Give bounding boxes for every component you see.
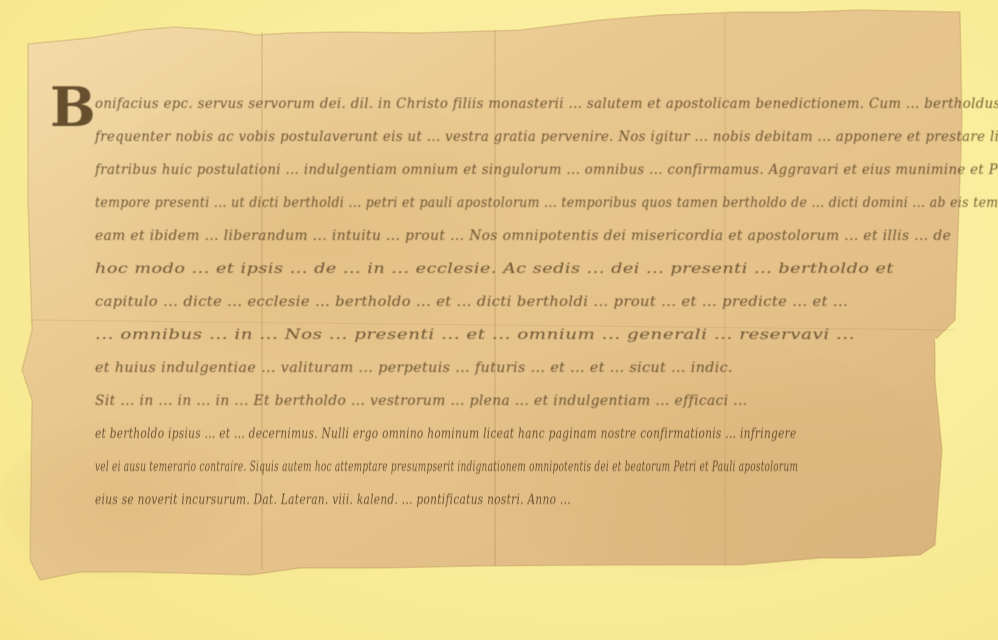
text-line-4: tempore presenti ... ut dicti bertholdi …	[95, 195, 998, 211]
text-line-2: frequenter nobis ac vobis postulaverunt …	[95, 129, 998, 145]
charter-text: onifacius epc. servus servorum dei. dil.…	[0, 0, 998, 640]
text-line-13: eius se noverit incursurum. Dat. Lateran…	[95, 492, 571, 508]
text-line-12: vel ei ausu temerario contraire. Siquis …	[95, 459, 798, 475]
text-line-8: ... omnibus ... in ... Nos ... presenti …	[95, 327, 855, 343]
text-line-1: onifacius epc. servus servorum dei. dil.…	[95, 96, 998, 112]
text-line-5: eam et ibidem ... liberandum ... intuitu…	[95, 228, 951, 244]
text-line-6: hoc modo ... et ipsis ... de ... in ... …	[95, 261, 894, 277]
text-line-10: Sit ... in ... in ... in ... Et berthold…	[95, 393, 748, 409]
text-line-11: et bertholdo ipsius ... et ... decernimu…	[95, 426, 797, 442]
text-line-9: et huius indulgentiae ... valituram ... …	[95, 360, 733, 376]
text-line-7: capitulo ... dicte ... ecclesie ... bert…	[95, 294, 848, 310]
text-line-3: fratribus huic postulationi ... indulgen…	[95, 162, 998, 178]
